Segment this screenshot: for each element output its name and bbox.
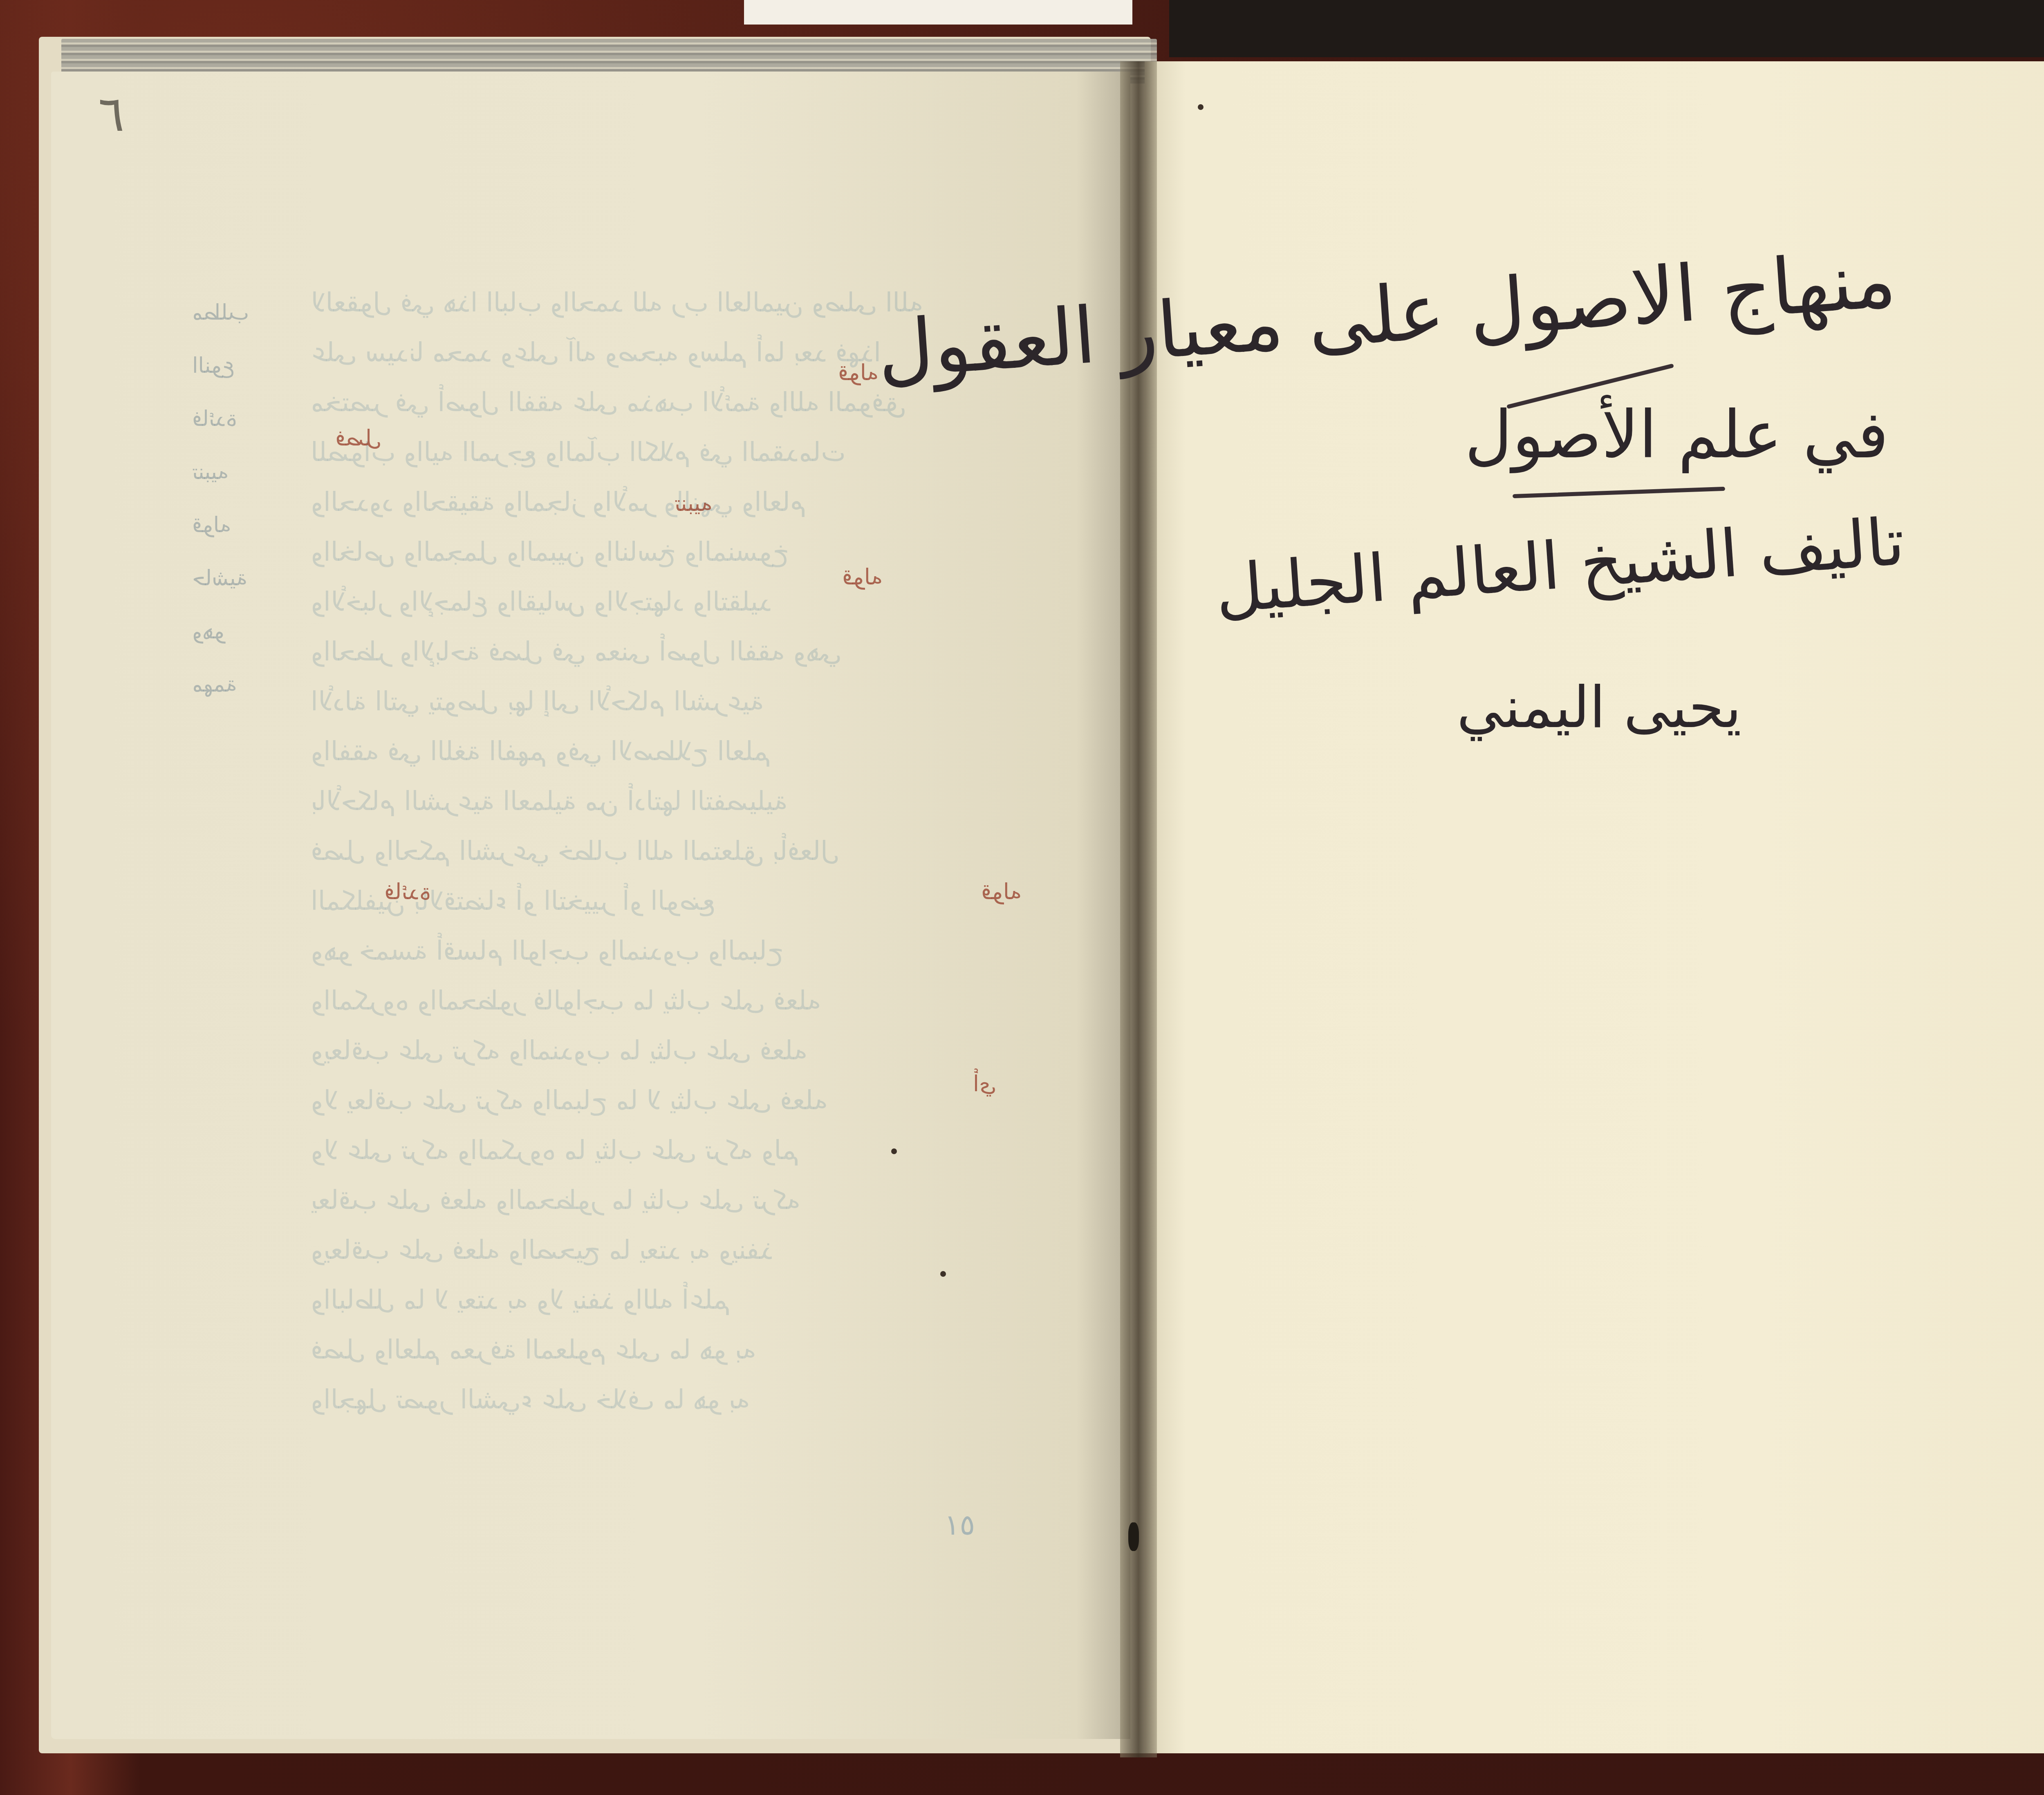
margin-bleed-line: ﺍﻟﻨﻮﻉ <box>192 339 323 392</box>
bleed-line: ﻭﺍﻟﺤﻈﺮ ﻭﺍﻹﺑﺎﺣﺔ ﻓﺼﻞ ﻓﻲ ﻣﻌﻨﻰ ﺃﺻﻮﻝ ﺍﻟﻔﻘﻪ ﻭﻫ… <box>311 627 1079 677</box>
margin-bleed-line: ﻭﻫﻮ <box>192 605 323 658</box>
red-rubric-mark: ﻓﺼﻞ <box>335 425 382 451</box>
bleed-line: ﻳﻌﺎﻗﺐ ﻋﻠﻰ ﻓﻌﻠﻪ ﻭﺍﻟﻤﺤﻈﻮﺭ ﻣﺎ ﻳﺜﺎﺏ ﻋﻠﻰ ﺗﺮﻛﻪ <box>311 1175 1079 1225</box>
bleed-line: ﻭﺍﻷﺧﺒﺎﺭ ﻭﺍﻹﺟﻤﺎﻉ ﻭﺍﻟﻘﻴﺎﺱ ﻭﺍﻻﺟﺘﻬﺎﺩ ﻭﺍﻟﺘﻘﻠﻴ… <box>311 577 1079 627</box>
bleed-line: ﻓﺼﻞ ﻭﺍﻟﺤﻜﻢ ﺍﻟﺸﺮﻋﻲ ﺧﻄﺎﺏ ﺍﻟﻠﻪ ﺍﻟﻤﺘﻌﻠﻖ ﺑﺄﻓﻌ… <box>311 826 1079 876</box>
title-line-author-name: يحيى اليمني <box>1457 674 1741 741</box>
bleed-line: ﻭﻻ ﻳﻌﺎﻗﺐ ﻋﻠﻰ ﺗﺮﻛﻪ ﻭﺍﻟﻤﺒﺎﺡ ﻣﺎ ﻻ ﻳﺜﺎﺏ ﻋﻠﻰ … <box>311 1076 1079 1126</box>
bleed-line: ﻭﻫﻮ ﺧﻤﺴﺔ ﺃﻗﺴﺎﻡ ﺍﻟﻮﺍﺟﺐ ﻭﺍﻟﻤﻨﺪﻭﺏ ﻭﺍﻟﻤﺒﺎﺡ <box>311 926 1079 976</box>
bleed-line: ﻭﻳﻌﺎﻗﺐ ﻋﻠﻰ ﻓﻌﻠﻪ ﻭﺍﻟﺼﺤﻴﺢ ﻣﺎ ﻳﻌﺘﺪ ﺑﻪ ﻭﻳﻨﻔﺬ <box>311 1225 1079 1275</box>
paper-speck <box>891 1148 897 1154</box>
left-folio-mark: ٦ <box>98 86 124 143</box>
bleed-line: ﻟﻠﺼﻮﺍﺏ ﻭﺍﻟﻴﻪ ﺍﻟﻤﺮﺟﻊ ﻭﺍﻟﻤﺂﺏ ﺍﻟﻜﻼﻡ ﻓﻲ ﺍﻟﻤﻘ… <box>311 427 1079 477</box>
bleed-line: ﻭﺍﻟﺠﻬﻞ ﺗﺼﻮﺭ ﺍﻟﺸﻲﺀ ﻋﻠﻰ ﺧﻼﻑ ﻣﺎ ﻫﻮ ﺑﻪ <box>311 1375 1079 1425</box>
red-rubric-mark: ﺗﻨﺒﻴﻪ <box>675 490 713 516</box>
bleed-line: ﺑﺎﻷﺣﻜﺎﻡ ﺍﻟﺸﺮﻋﻴﺔ ﺍﻟﻌﻤﻠﻴﺔ ﻣﻦ ﺃﺩﻟﺘﻬﺎ ﺍﻟﺘﻔﺼﻴ… <box>311 777 1079 826</box>
red-rubric-mark: ﻗﻮﻟﻪ <box>838 360 879 385</box>
bleed-line: ﺍﻷﺩﻟﺔ ﺍﻟﺘﻲ ﻳﺘﻮﺻﻞ ﺑﻬﺎ ﺇﻟﻰ ﺍﻷﺣﻜﺎﻡ ﺍﻟﺸﺮﻋﻴﺔ <box>311 677 1079 727</box>
bleed-line: ﻓﺼﻞ ﻭﺍﻟﻌﻠﻢ ﻣﻌﺮﻓﺔ ﺍﻟﻤﻌﻠﻮﻡ ﻋﻠﻰ ﻣﺎ ﻫﻮ ﺑﻪ <box>311 1325 1079 1375</box>
margin-bleed-line: ﻣﻬﻤﺔ <box>192 658 323 711</box>
bleed-line: ﻭﻳﻌﺎﻗﺐ ﻋﻠﻰ ﺗﺮﻛﻪ ﻭﺍﻟﻤﻨﺪﻭﺏ ﻣﺎ ﻳﺜﺎﺏ ﻋﻠﻰ ﻓﻌﻠ… <box>311 1026 1079 1076</box>
ink-blot <box>1128 1522 1139 1551</box>
red-rubric-mark: ﺃﻱ <box>973 1071 996 1097</box>
bleed-line: ﻭﺍﻟﻤﻜﺮﻭﻩ ﻭﺍﻟﻤﺤﻈﻮﺭ ﻓﺎﻟﻮﺍﺟﺐ ﻣﺎ ﻳﺜﺎﺏ ﻋﻠﻰ ﻓﻌ… <box>311 976 1079 1026</box>
bleed-line: ﻭﺍﻟﻔﻘﻪ ﻓﻲ ﺍﻟﻠﻐﺔ ﺍﻟﻔﻬﻢ ﻭﻓﻲ ﺍﻻﺻﻄﻼﺡ ﺍﻟﻌﻠﻢ <box>311 727 1079 777</box>
paper-speck <box>1198 104 1204 110</box>
red-rubric-mark: ﻗﻮﻟﻪ <box>842 564 883 590</box>
paper-slip <box>744 0 1132 25</box>
left-bottom-folio-bleed: ١٥ <box>944 1508 975 1542</box>
margin-bleed-line: ﻓﺎﺋﺪﺓ <box>192 392 323 445</box>
margin-bleed-line: ﻗﻮﻟﻪ <box>192 499 323 552</box>
background-shadow <box>1169 0 2044 57</box>
red-rubric-mark: ﻓﺎﺋﺪﺓ <box>384 879 431 904</box>
red-rubric-mark: ﻗﻮﻟﻪ <box>981 879 1022 904</box>
bleed-line: ﻭﻻ ﻋﻠﻰ ﺗﺮﻛﻪ ﻭﺍﻟﻤﻜﺮﻭﻩ ﻣﺎ ﻳﺜﺎﺏ ﻋﻠﻰ ﺗﺮﻛﻪ ﻭﻟ… <box>311 1126 1079 1175</box>
paper-speck <box>940 1271 946 1277</box>
left-margin-bleed-through: ﻣﻄﻠﺐ ﺍﻟﻨﻮﻉ ﻓﺎﺋﺪﺓ ﺗﻨﺒﻴﻪ ﻗﻮﻟﻪ ﺣﺎﺷﻴﺔ ﻭﻫﻮ ﻣﻬ… <box>192 286 323 736</box>
bleed-line: ﻭﺍﻟﺒﺎﻃﻞ ﻣﺎ ﻻ ﻳﻌﺘﺪ ﺑﻪ ﻭﻻ ﻳﻨﻔﺬ ﻭﺍﻟﻠﻪ ﺃﻋﻠﻢ <box>311 1275 1079 1325</box>
title-line-subject: في علم الأصول <box>1465 396 1889 473</box>
bleed-line: ﻭﺍﻟﺨﺎﺹ ﻭﺍﻟﻤﺠﻤﻞ ﻭﺍﻟﻤﺒﻴﻦ ﻭﺍﻟﻨﺎﺳﺦ ﻭﺍﻟﻤﻨﺴﻮﺥ <box>311 527 1079 577</box>
margin-bleed-line: ﻣﻄﻠﺐ <box>192 286 323 339</box>
margin-bleed-line: ﺗﻨﺒﻴﻪ <box>192 445 323 499</box>
margin-bleed-line: ﺣﺎﺷﻴﺔ <box>192 552 323 605</box>
